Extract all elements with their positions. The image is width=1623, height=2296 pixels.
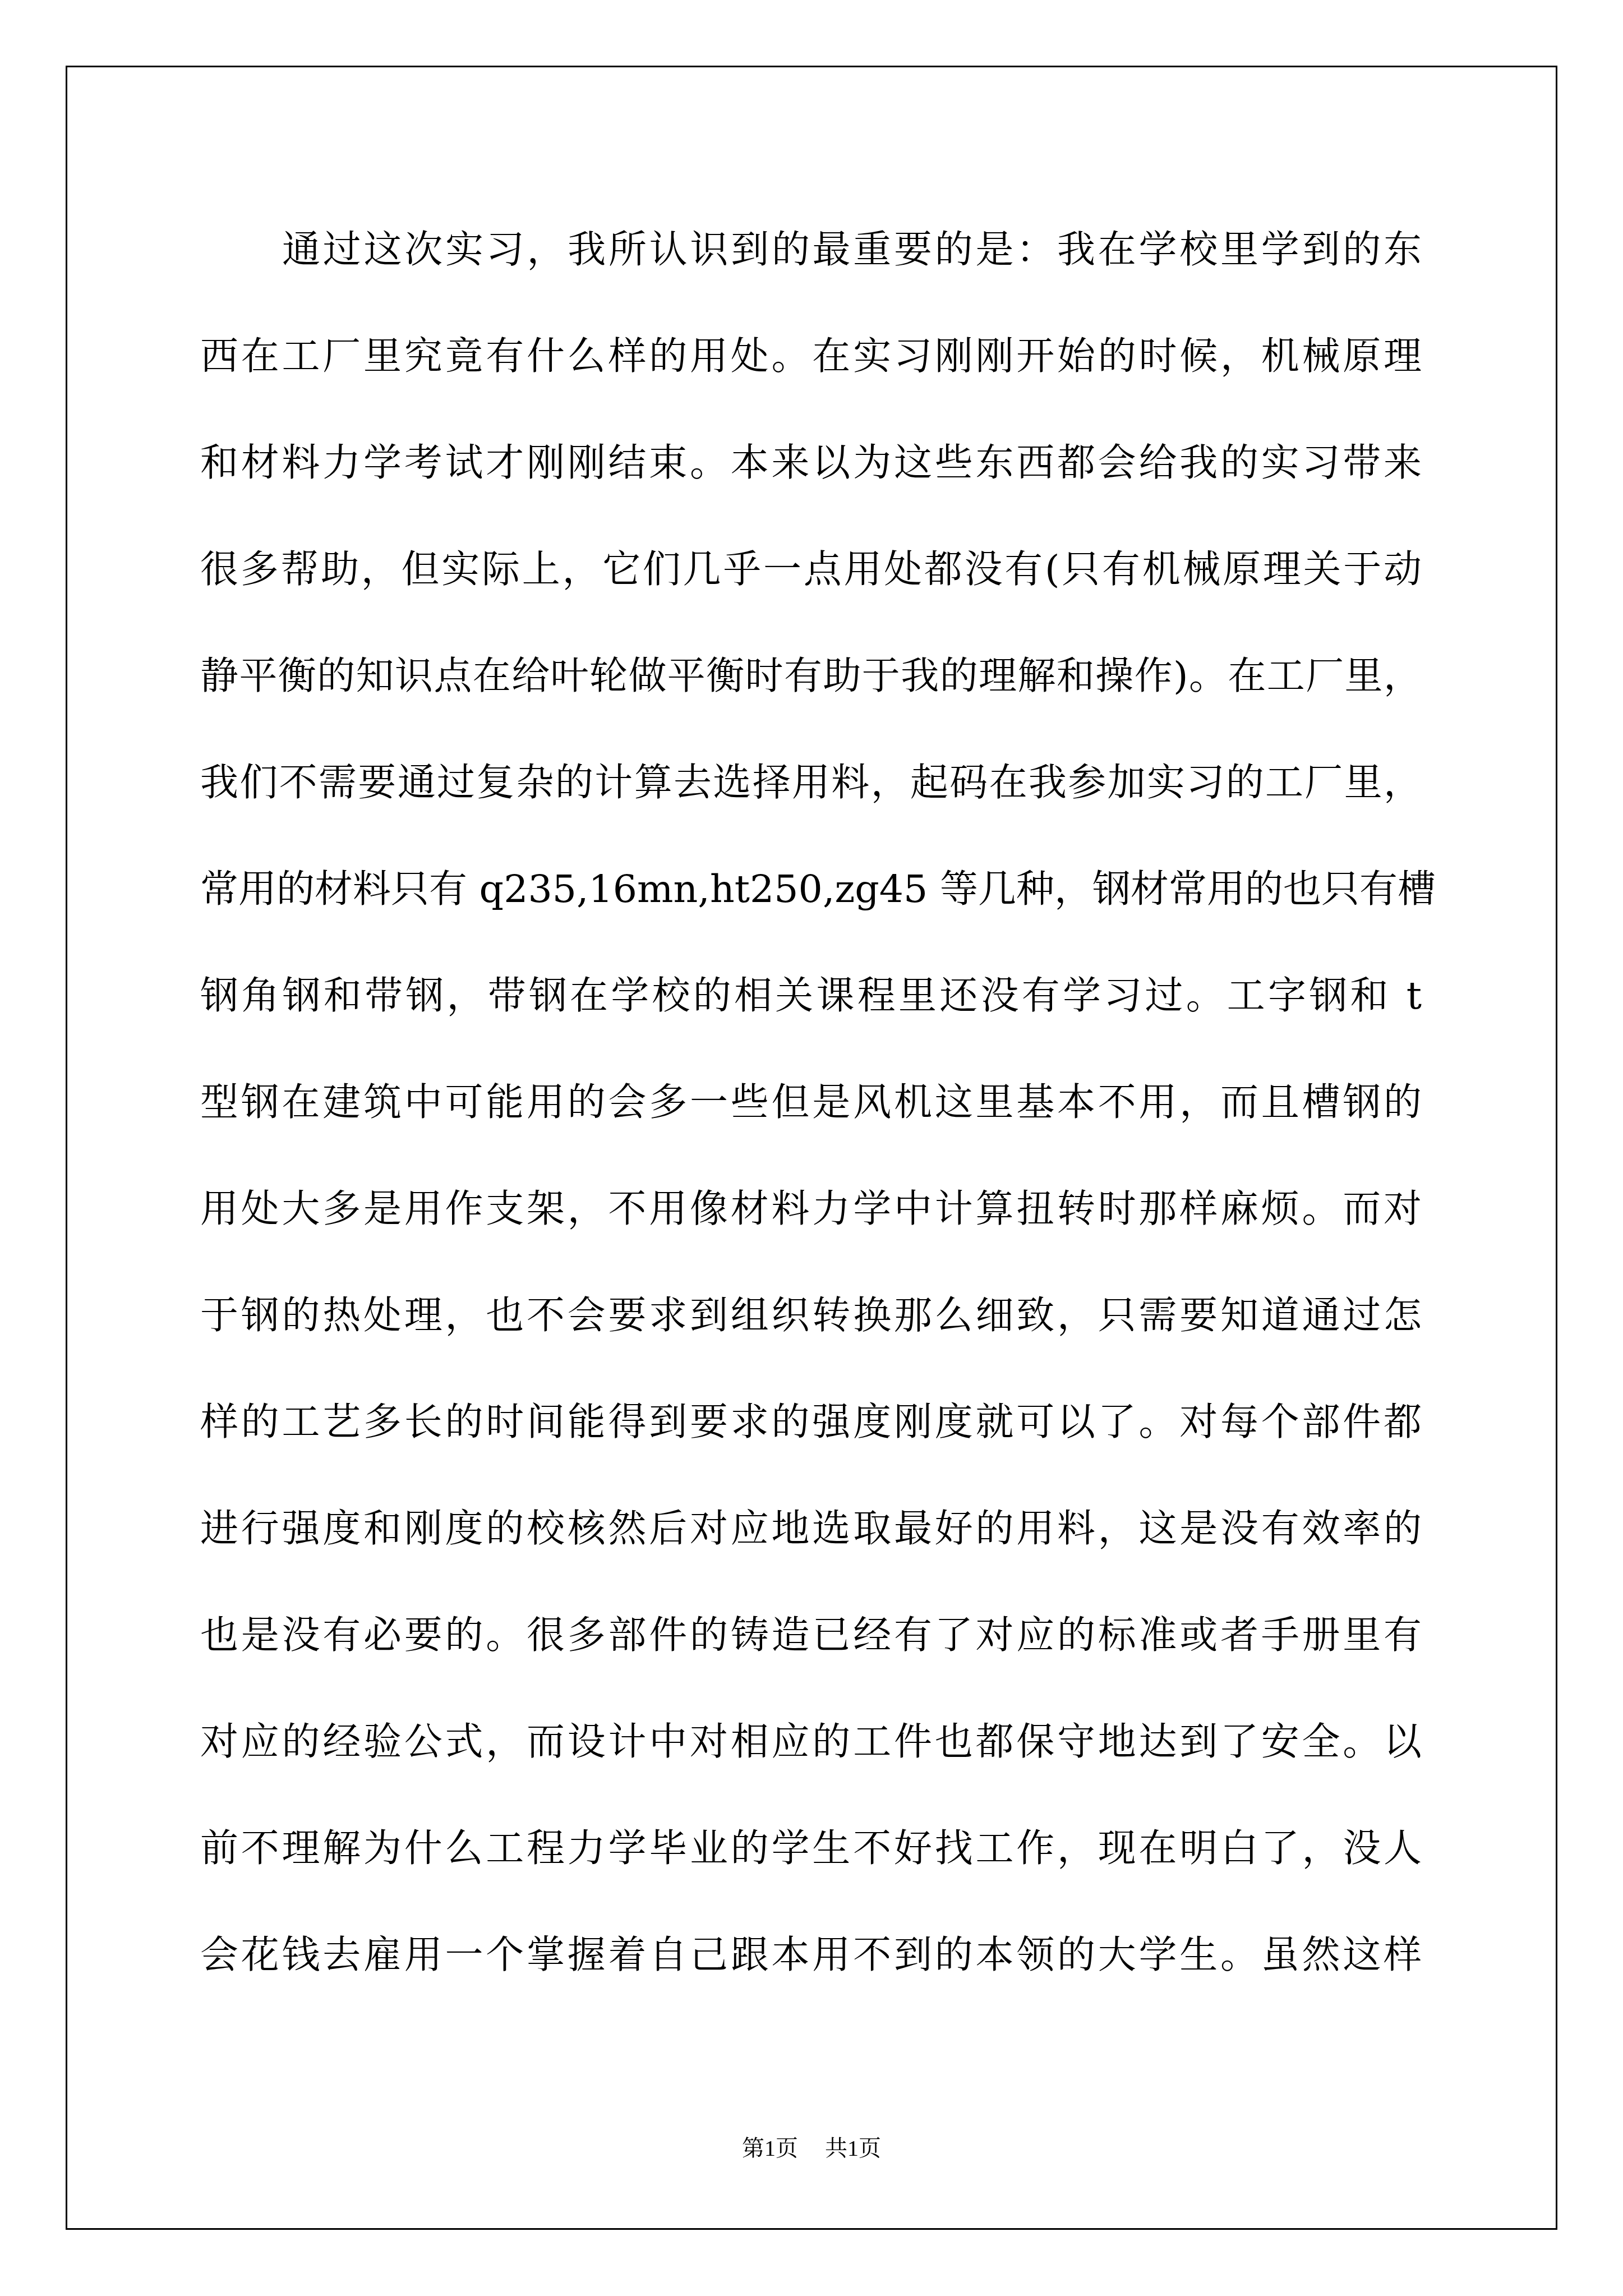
paragraph-line: 用处大多是用作支架，不用像材料力学中计算扭转时那样麻烦。而对 [200, 1182, 1422, 1289]
paragraph-line: 对应的经验公式，而设计中对相应的工件也都保守地达到了安全。以 [200, 1715, 1422, 1822]
paragraph-line: 通过这次实习，我所认识到的最重要的是：我在学校里学到的东 [200, 223, 1422, 330]
paragraph-line: 会花钱去雇用一个掌握着自己跟本用不到的本领的大学生。虽然这样 [200, 1929, 1422, 2035]
page-footer: 第1页共1页 [0, 2132, 1623, 2165]
paragraph-line: 也是没有必要的。很多部件的铸造已经有了对应的标准或者手册里有 [200, 1609, 1422, 1715]
paragraph-line: 钢角钢和带钢，带钢在学校的相关课程里还没有学习过。工字钢和 t [200, 969, 1422, 1076]
paragraph-line: 很多帮助，但实际上，它们几乎一点用处都没有(只有机械原理关于动 [200, 543, 1422, 650]
paragraph-line: 我们不需要通过复杂的计算去选择用料，起码在我参加实习的工厂里， [200, 756, 1422, 863]
paragraph-line: 前不理解为什么工程力学毕业的学生不好找工作，现在明白了，没人 [200, 1822, 1422, 1929]
paragraph-line: 型钢在建筑中可能用的会多一些但是风机这里基本不用，而且槽钢的 [200, 1076, 1422, 1182]
paragraph-line: 静平衡的知识点在给叶轮做平衡时有助于我的理解和操作)。在工厂里， [200, 650, 1422, 756]
paragraph-line: 进行强度和刚度的校核然后对应地选取最好的用料，这是没有效率的 [200, 1502, 1422, 1609]
paragraph-line: 于钢的热处理，也不会要求到组织转换那么细致，只需要知道通过怎 [200, 1289, 1422, 1396]
paragraph-line: 西在工厂里究竟有什么样的用处。在实习刚刚开始的时候，机械原理 [200, 330, 1422, 436]
paragraph-line: 样的工艺多长的时间能得到要求的强度刚度就可以了。对每个部件都 [200, 1396, 1422, 1502]
total-page-count: 共1页 [825, 2132, 881, 2165]
paragraph-line: 常用的材料只有 q235,16mn,ht250,zg45 等几种，钢材常用的也只… [200, 863, 1422, 969]
current-page-number: 第1页 [742, 2132, 798, 2165]
paragraph-line: 和材料力学考试才刚刚结束。本来以为这些东西都会给我的实习带来 [200, 436, 1422, 543]
body-paragraph: 通过这次实习，我所认识到的最重要的是：我在学校里学到的东 西在工厂里究竟有什么样… [200, 223, 1422, 2035]
